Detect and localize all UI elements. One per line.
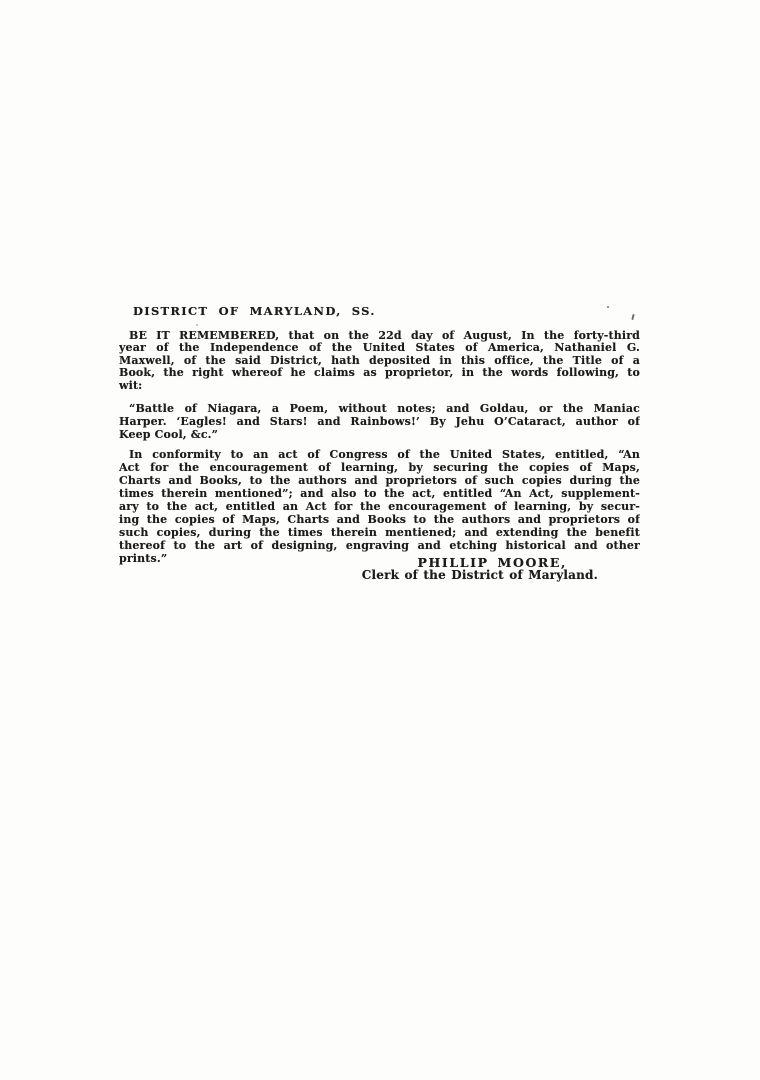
paragraph-line: BE IT REMEMBERED, that on the 22d day of… xyxy=(119,330,640,342)
signature-name: PHILLIP MOORE, xyxy=(119,556,640,569)
paragraph-line: Harper. ‘Eagles! and Stars! and Rainbows… xyxy=(119,415,640,428)
paragraph-line: In conformity to an act of Congress of t… xyxy=(119,448,640,461)
paragraph: In conformity to an act of Congress of t… xyxy=(119,448,640,565)
paragraph-line: ing the copies of Maps, Charts and Books… xyxy=(119,513,640,526)
paragraph-line: times therein mentioned”; and also to th… xyxy=(119,487,640,500)
copyright-notice-block: DISTRICT OF MARYLAND, SS. BE IT REMEMBER… xyxy=(119,305,640,582)
paragraph-line: Act for the encouragement of learning, b… xyxy=(119,461,640,474)
scan-artifact-dot xyxy=(607,306,609,308)
paragraph-line: Charts and Books, to the authors and pro… xyxy=(119,474,640,487)
scanned-page: DISTRICT OF MARYLAND, SS. BE IT REMEMBER… xyxy=(0,0,760,1080)
paragraph-line: “Battle of Niagara, a Poem, without note… xyxy=(119,402,640,415)
paragraph: BE IT REMEMBERED, that on the 22d day of… xyxy=(119,330,640,392)
paragraph-line: year of the Independence of the United S… xyxy=(119,342,640,354)
paragraph: “Battle of Niagara, a Poem, without note… xyxy=(119,402,640,441)
paragraph-line: such copies, during the times therein me… xyxy=(119,526,640,539)
paragraphs: BE IT REMEMBERED, that on the 22d day of… xyxy=(119,330,640,565)
scan-artifact-speck xyxy=(196,324,198,326)
paragraph-line: Book, the right whereof he claims as pro… xyxy=(119,367,640,379)
paragraph-line: Maxwell, of the said District, hath depo… xyxy=(119,355,640,367)
paragraph-line: thereof to the art of designing, engravi… xyxy=(119,539,640,552)
paragraph-line: ary to the act, entitled an Act for the … xyxy=(119,500,640,513)
signature-block: PHILLIP MOORE, Clerk of the District of … xyxy=(119,556,640,582)
signature-title: Clerk of the District of Maryland. xyxy=(119,569,640,582)
paragraph-line: Keep Cool, &c.” xyxy=(119,428,640,441)
paragraph-line: wit: xyxy=(119,380,640,392)
district-heading: DISTRICT OF MARYLAND, SS. xyxy=(133,305,640,318)
